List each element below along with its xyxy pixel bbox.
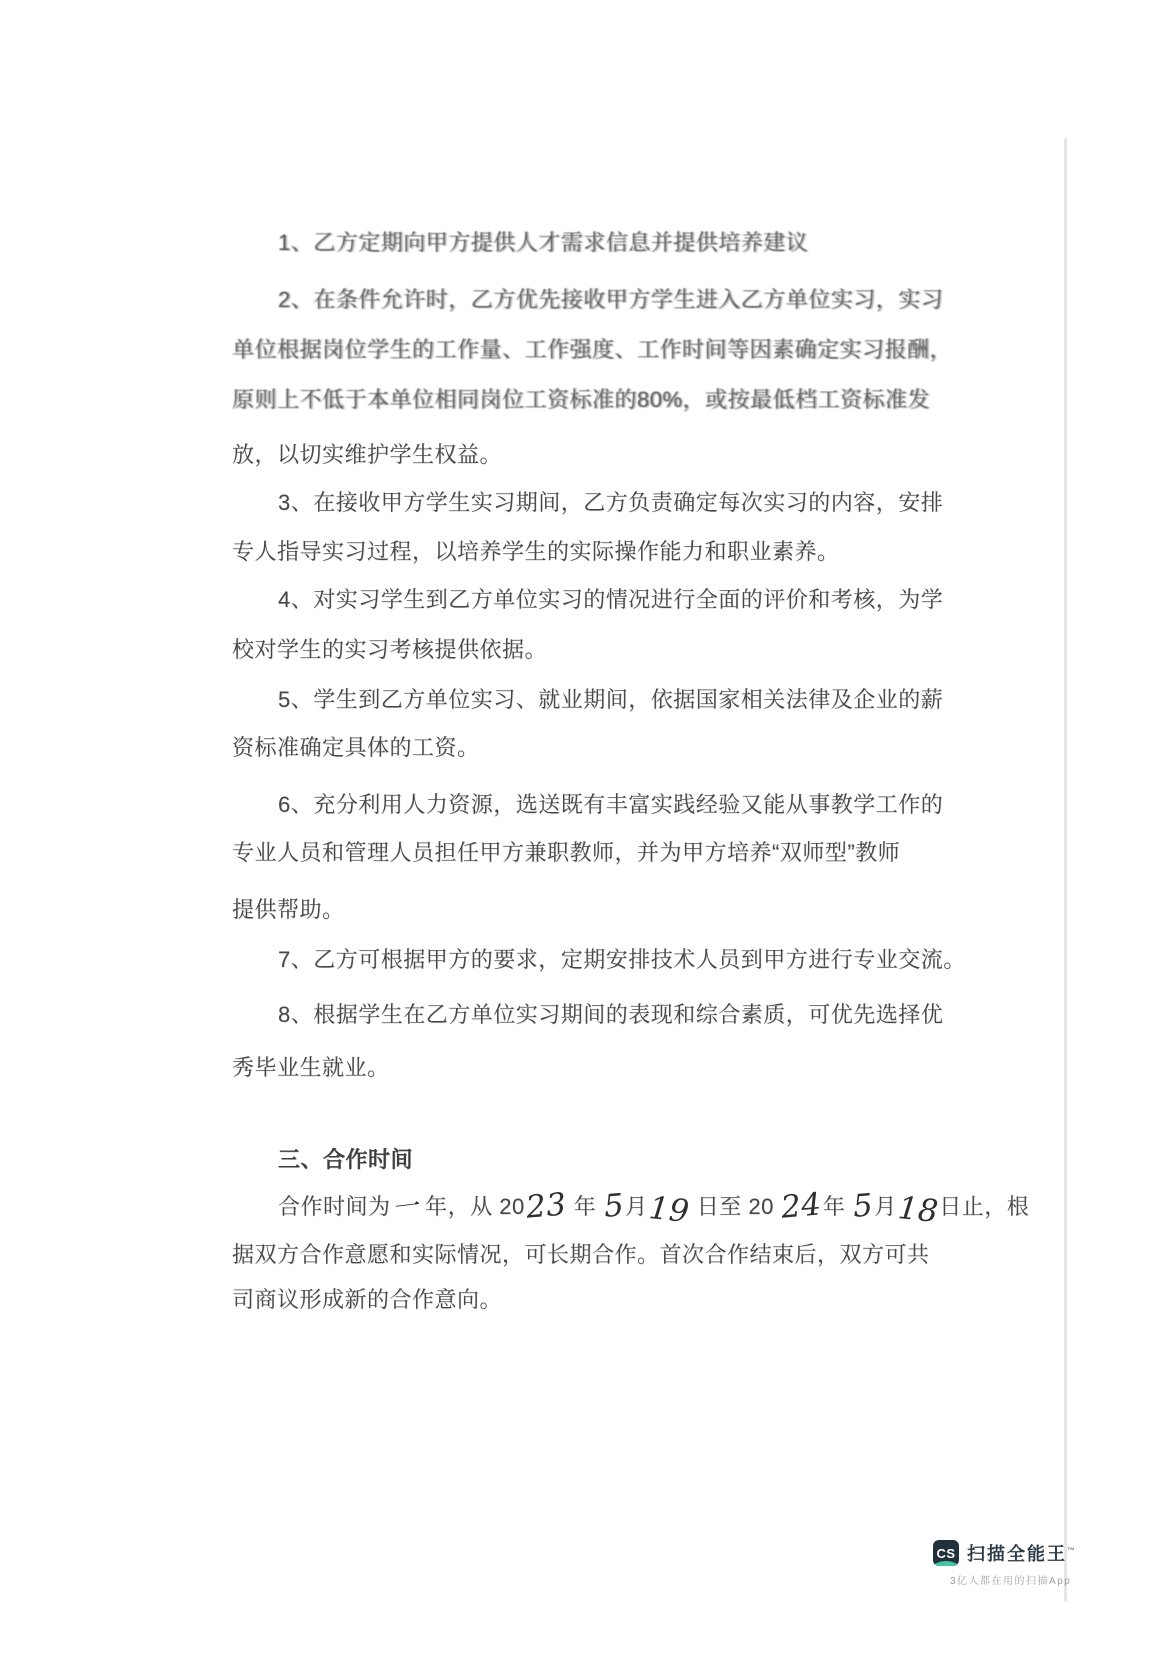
document-line: 司商议形成新的合作意向。 bbox=[232, 1285, 992, 1315]
date-text: 月 bbox=[625, 1194, 648, 1219]
handwritten-end-day: 18 bbox=[897, 1197, 940, 1223]
date-text: 年 bbox=[823, 1194, 852, 1219]
handwritten-start-day: 19 bbox=[648, 1197, 691, 1223]
handwritten-duration: 一 bbox=[390, 1195, 419, 1220]
handwritten-start-month: 5 bbox=[603, 1194, 625, 1218]
brand-name: 扫描全能王 bbox=[967, 1544, 1067, 1564]
handwritten-end-year: 24 bbox=[781, 1193, 823, 1218]
camscanner-tagline: 3亿人都在用的扫描App bbox=[933, 1572, 1063, 1587]
document-line: 放，以切实维护学生权益。 bbox=[232, 440, 992, 470]
section-heading-cooperation-period: 三、合作时间 bbox=[278, 1145, 1038, 1175]
document-line: 3、在接收甲方学生实习期间，乙方负责确定每次实习的内容，安排 bbox=[278, 488, 1038, 518]
date-text: 年 bbox=[567, 1194, 603, 1219]
document-line: 据双方合作意愿和实际情况，可长期合作。首次合作结束后，双方可共 bbox=[232, 1240, 992, 1270]
trademark-symbol: ™ bbox=[1067, 1546, 1075, 1555]
document-line: 1、乙方定期向甲方提供人才需求信息并提供培养建议 bbox=[278, 228, 1038, 258]
camscanner-logo-icon: CS bbox=[933, 1540, 959, 1566]
document-line: 提供帮助。 bbox=[232, 895, 992, 925]
document-line: 8、根据学生在乙方单位实习期间的表现和综合素质，可优先选择优 bbox=[278, 1000, 1038, 1030]
scanned-document-page: 1、乙方定期向甲方提供人才需求信息并提供培养建议 2、在条件允许时，乙方优先接收… bbox=[0, 0, 1168, 1680]
document-line: 原则上不低于本单位相同岗位工资标准的80%，或按最低档工资标准发 bbox=[232, 385, 992, 415]
camscanner-brand-text: 扫描全能王™ bbox=[967, 1540, 1075, 1566]
scanned-page-edge bbox=[1064, 138, 1067, 1602]
document-line: 4、对实习学生到乙方单位实习的情况进行全面的评价和考核，为学 bbox=[278, 585, 1038, 615]
camscanner-watermark: CS 扫描全能王™ 3亿人都在用的扫描App bbox=[933, 1540, 1063, 1587]
document-line: 单位根据岗位学生的工作量、工作强度、工作时间等因素确定实习报酬， bbox=[232, 335, 992, 365]
document-line-dates: 合作时间为一 年，从 2023 年 5月19 日至 20 24年 5月18日止，… bbox=[278, 1192, 1038, 1222]
handwritten-end-month: 5 bbox=[852, 1194, 874, 1218]
date-text: 年，从 20 bbox=[419, 1194, 525, 1219]
date-text: 合作时间为 bbox=[278, 1194, 391, 1219]
handwritten-start-year: 23 bbox=[525, 1193, 567, 1218]
document-line: 6、充分利用人力资源，选送既有丰富实践经验又能从事教学工作的 bbox=[278, 790, 1038, 820]
document-line: 5、学生到乙方单位实习、就业期间，依据国家相关法律及企业的薪 bbox=[278, 685, 1038, 715]
document-line: 校对学生的实习考核提供依据。 bbox=[232, 635, 992, 665]
document-line: 7、乙方可根据甲方的要求，定期安排技术人员到甲方进行专业交流。 bbox=[278, 945, 1038, 975]
cs-icon-letters: CS bbox=[936, 1546, 955, 1561]
document-line: 专人指导实习过程，以培养学生的实际操作能力和职业素养。 bbox=[232, 537, 992, 567]
date-text: 月 bbox=[874, 1194, 897, 1219]
date-text: 日止，根 bbox=[939, 1194, 1029, 1219]
document-line: 专业人员和管理人员担任甲方兼职教师，并为甲方培养“双师型”教师 bbox=[232, 838, 992, 868]
document-line: 资标准确定具体的工资。 bbox=[232, 733, 992, 763]
date-text: 日至 20 bbox=[690, 1194, 780, 1219]
document-line: 秀毕业生就业。 bbox=[232, 1053, 992, 1083]
document-line: 2、在条件允许时，乙方优先接收甲方学生进入乙方单位实习，实习 bbox=[278, 285, 1038, 315]
